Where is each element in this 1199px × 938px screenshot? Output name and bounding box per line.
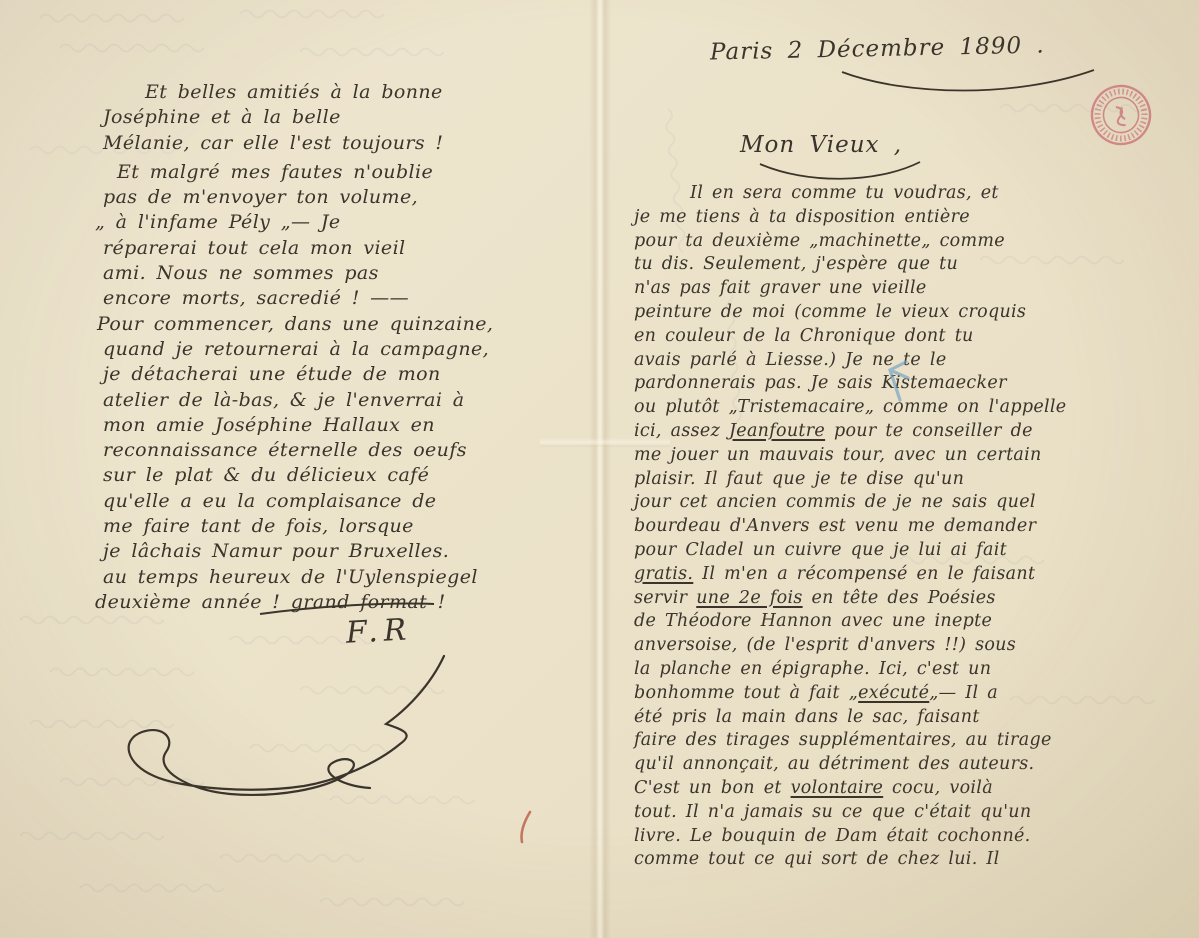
handwritten-line: qu'elle a eu la complaisance de <box>95 489 600 514</box>
blue-bracket-mark <box>884 358 914 406</box>
handwritten-line: bourdeau d'Anvers est venu me demander <box>634 515 1198 539</box>
handwritten-line: peinture de moi (comme le vieux croquis <box>634 301 1198 325</box>
handwritten-line: je me tiens à ta disposition entière <box>634 206 1198 230</box>
handwritten-line: encore morts, sacredié ! —— <box>95 286 600 311</box>
handwritten-line: tout. Il n'a jamais su ce que c'était qu… <box>634 801 1198 825</box>
handwritten-line: Et malgré mes fautes n'oublie <box>95 160 600 185</box>
letter-scan: Et belles amitiés à la bonneJoséphine et… <box>0 0 1199 938</box>
signature-flourish <box>108 638 488 828</box>
handwritten-line: je détacherai une étude de mon <box>95 362 600 387</box>
handwritten-line: n'as pas fait graver une vieille <box>634 277 1198 301</box>
handwritten-line: pas de m'envoyer ton volume, <box>95 185 600 210</box>
handwritten-line: en couleur de la Chronique dont tu <box>634 325 1198 349</box>
handwritten-line: qu'il annonçait, au détriment des auteur… <box>634 753 1198 777</box>
handwritten-line: tu dis. Seulement, j'espère que tu <box>634 253 1198 277</box>
handwritten-line: ou plutôt „Tristemacaire„ comme on l'app… <box>634 396 1198 420</box>
handwritten-line: livre. Le bouquin de Dam était cochonné. <box>634 825 1198 849</box>
handwritten-line: Pour commencer, dans une quinzaine, <box>95 312 600 337</box>
handwritten-line: réparerai tout cela mon vieil <box>95 236 600 261</box>
handwritten-line: Et belles amitiés à la bonne <box>95 80 600 105</box>
handwritten-line: gratis. Il m'en a récompensé en le faisa… <box>634 563 1198 587</box>
handwritten-line: jour cet ancien commis de je ne sais que… <box>634 491 1198 515</box>
left-page: Et belles amitiés à la bonneJoséphine et… <box>95 80 600 615</box>
collection-stamp-icon <box>1081 75 1161 155</box>
dateline-flourish <box>836 66 1106 100</box>
handwritten-line: pour ta deuxième „machinette„ comme <box>634 230 1198 254</box>
handwritten-line: quand je retournerai à la campagne, <box>95 337 600 362</box>
handwritten-line: ami. Nous ne sommes pas <box>95 261 600 286</box>
handwritten-line: me faire tant de fois, lorsque <box>95 514 600 539</box>
handwritten-line: la planche en épigraphe. Ici, c'est un <box>634 658 1198 682</box>
handwritten-line: pardonnerais pas. Je sais Kistemaecker <box>634 372 1198 396</box>
right-page-text: Il en sera comme tu voudras, etje me tie… <box>634 182 1198 872</box>
handwritten-line: au temps heureux de l'Uylenspiegel <box>95 565 600 590</box>
handwritten-line: servir une 2e fois en tête des Poésies <box>634 587 1198 611</box>
handwritten-line: ici, assez Jeanfoutre pour te conseiller… <box>634 420 1198 444</box>
dateline: Paris 2 Décembre 1890 . <box>710 32 1045 65</box>
handwritten-line: mon amie Joséphine Hallaux en <box>95 413 600 438</box>
handwritten-line: Joséphine et à la belle <box>95 105 600 130</box>
handwritten-line: faire des tirages supplémentaires, au ti… <box>634 729 1198 753</box>
red-tick-mark <box>510 808 540 848</box>
handwritten-line: „ à l'infame Pély „— Je <box>95 210 600 235</box>
handwritten-line: reconnaissance éternelle des oeufs <box>95 438 600 463</box>
left-page-text: Et belles amitiés à la bonneJoséphine et… <box>95 80 600 615</box>
handwritten-line: bonhomme tout à fait „exécuté„— Il a <box>634 682 1198 706</box>
handwritten-line: comme tout ce qui sort de chez lui. Il <box>634 848 1198 872</box>
signature-block: F.R <box>108 598 498 838</box>
handwritten-line: je lâchais Namur pour Bruxelles. <box>95 539 600 564</box>
salutation: Mon Vieux , <box>740 132 902 158</box>
handwritten-line: Mélanie, car elle l'est toujours ! <box>95 131 600 156</box>
handwritten-line: sur le plat & du délicieux café <box>95 463 600 488</box>
handwritten-line: de Théodore Hannon avec une inepte <box>634 610 1198 634</box>
handwritten-line: été pris la main dans le sac, faisant <box>634 706 1198 730</box>
handwritten-line: avais parlé à Liesse.) Je ne te le <box>634 349 1198 373</box>
handwritten-line: plaisir. Il faut que je te dise qu'un <box>634 468 1198 492</box>
handwritten-line: Il en sera comme tu voudras, et <box>634 182 1198 206</box>
handwritten-line: pour Cladel un cuivre que je lui ai fait <box>634 539 1198 563</box>
handwritten-line: C'est un bon et volontaire cocu, voilà <box>634 777 1198 801</box>
handwritten-line: me jouer un mauvais tour, avec un certai… <box>634 444 1198 468</box>
handwritten-line: anversoise, (de l'esprit d'anvers !!) so… <box>634 634 1198 658</box>
handwritten-line: atelier de là-bas, & je l'enverrai à <box>95 388 600 413</box>
